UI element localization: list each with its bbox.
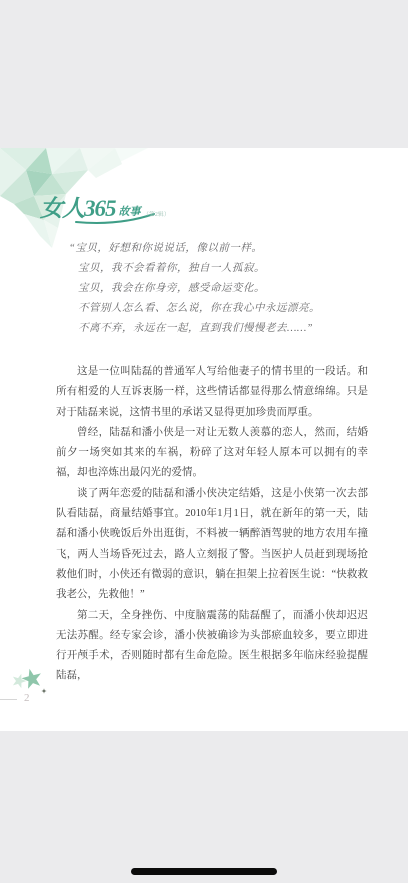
sparkle-icon <box>41 688 46 693</box>
home-indicator[interactable] <box>131 868 277 875</box>
book-logo-edition: （第2辑） <box>143 210 170 222</box>
page-number-rule <box>0 699 17 700</box>
body-paragraph: 第二天，全身挫伤、中度脑震荡的陆磊醒了，而潘小侠却迟迟无法苏醒。经专家会诊，潘小… <box>56 606 368 687</box>
quote-line: 宝贝，我会在你身旁，感受命运变化。 <box>78 279 368 299</box>
reader-page[interactable]: 女人365 故事 （第2辑） “宝贝，好想和你说说话，像以前一样。 宝贝，我不会… <box>0 148 408 731</box>
book-logo: 女人365 故事 （第2辑） <box>40 192 174 222</box>
body-paragraph: 这是一位叫陆磊的普通军人写给他妻子的情书里的一段话。和所有相爱的人互诉衷肠一样，… <box>56 362 368 423</box>
phone-screen: 女人365 故事 （第2辑） “宝贝，好想和你说说话，像以前一样。 宝贝，我不会… <box>0 0 408 883</box>
page-number: 2 <box>24 692 30 704</box>
book-logo-subtitle: 故事 <box>119 203 141 222</box>
quote-line: 不管别人怎么看、怎么说，你在我心中永远漂亮。 <box>78 299 368 319</box>
quote-line: 宝贝，我不会看着你，独自一人孤寂。 <box>78 259 368 279</box>
body-paragraph: 曾经，陆磊和潘小侠是一对让无数人羡慕的恋人，然而，结婚前夕一场突如其来的车祸，粉… <box>56 423 368 484</box>
body-paragraph: 谈了两年恋爱的陆磊和潘小侠决定结婚，这是小侠第一次去部队看陆磊，商量结婚事宜。2… <box>56 484 368 606</box>
story-body: 这是一位叫陆磊的普通军人写给他妻子的情书里的一段话。和所有相爱的人互诉衷肠一样，… <box>56 362 368 687</box>
quote-line: 不离不弃，永远在一起，直到我们慢慢老去……” <box>78 319 368 339</box>
stars-decoration <box>8 666 52 696</box>
star-icon-large <box>20 666 44 689</box>
quote-line: “宝贝，好想和你说说话，像以前一样。 <box>78 239 368 259</box>
book-logo-title: 女人365 <box>40 196 116 222</box>
letter-quote-block: “宝贝，好想和你说说话，像以前一样。 宝贝，我不会看着你，独自一人孤寂。 宝贝，… <box>78 239 368 339</box>
star-icon-small <box>10 672 28 689</box>
